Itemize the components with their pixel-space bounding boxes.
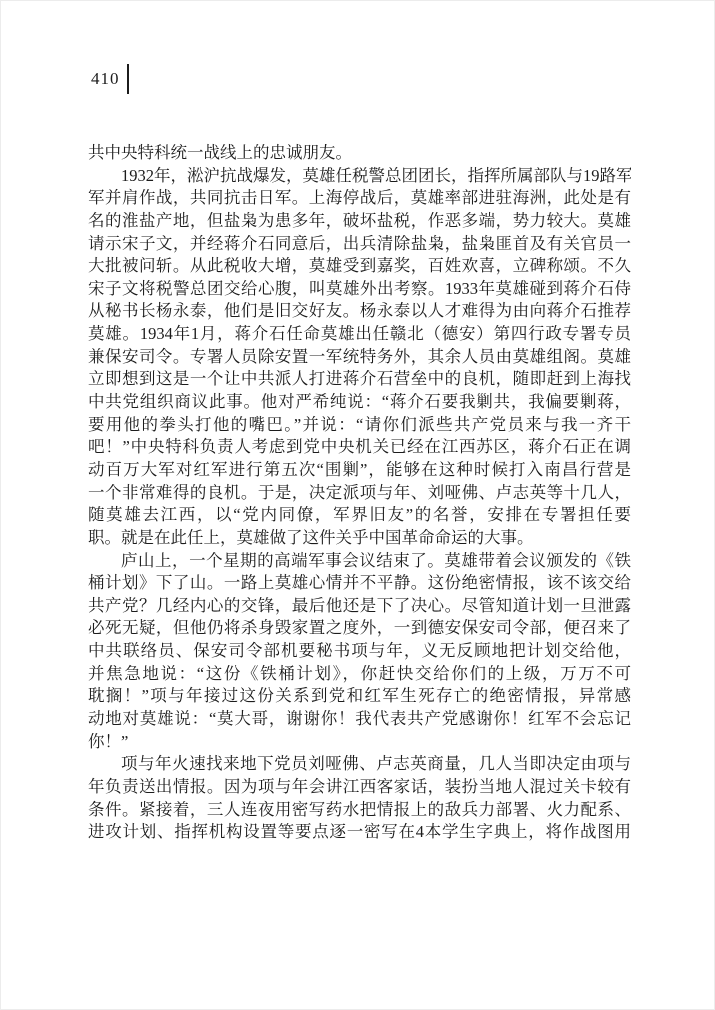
text-line: 莫雄。1934年1月，蒋介石任命莫雄出任赣北（德安）第四行政专署专员 xyxy=(88,323,631,346)
text-line: 名的淮盐产地，但盐枭为患多年，破坏盐税，作恶多端，势力较大。莫雄 xyxy=(88,210,631,233)
text-line: 立即想到这是一个让中共派人打进蒋介石营垒中的良机，随即赶到上海找 xyxy=(88,368,631,391)
book-page: 410 共中央特科统一战线上的忠诚朋友。1932年，淞沪抗战爆发，莫雄任税警总团… xyxy=(0,0,715,1010)
text-line: 条件。紧接着，三人连夜用密写药水把情报上的敌兵力部署、火力配系、 xyxy=(88,799,631,822)
text-line: 动地对莫雄说：“莫大哥，谢谢你！我代表共产党感谢你！红军不会忘记 xyxy=(88,708,631,731)
paragraph: 项与年火速找来地下党员刘哑佛、卢志英商量，几人当即决定由项与年负责送出情报。因为… xyxy=(88,753,631,844)
paragraph: 庐山上，一个星期的高端军事会议结束了。莫雄带着会议颁发的《铁桶计划》下了山。一路… xyxy=(88,550,631,754)
text-line: 并焦急地说：“这份《铁桶计划》，你赶快交给你们的上级，万万不可 xyxy=(88,663,631,686)
paragraph: 共中央特科统一战线上的忠诚朋友。 xyxy=(88,142,631,165)
text-line: 必死无疑，但他仍将杀身毁家置之度外，一到德安保安司令部，便召来了 xyxy=(88,617,631,640)
text-line: 你！” xyxy=(88,731,631,754)
text-line: 要用他的拳头打他的嘴巴。”并说：“请你们派些共产党员来与我一齐干 xyxy=(88,414,631,437)
page-number: 410 xyxy=(91,69,120,89)
text-line: 庐山上，一个星期的高端军事会议结束了。莫雄带着会议颁发的《铁 xyxy=(88,550,631,573)
text-block: 共中央特科统一战线上的忠诚朋友。1932年，淞沪抗战爆发，莫雄任税警总团团长，指… xyxy=(88,142,631,844)
text-line: 从秘书长杨永泰，他们是旧交好友。杨永泰以人才难得为由向蒋介石推荐 xyxy=(88,300,631,323)
text-line: 吧！”中央特科负责人考虑到党中央机关已经在江西苏区，蒋介石正在调 xyxy=(88,436,631,459)
text-line: 耽搁！”项与年接过这份关系到党和红军生死存亡的绝密情报，异常感 xyxy=(88,685,631,708)
text-line: 中共党组织商议此事。他对严希纯说：“蒋介石要我剿共，我偏要剿蒋， xyxy=(88,391,631,414)
text-line: 进攻计划、指挥机构设置等要点逐一密写在4本学生字典上，将作战图用 xyxy=(88,821,631,844)
text-line: 桶计划》下了山。一路上莫雄心情并不平静。这份绝密情报，该不该交给 xyxy=(88,572,631,595)
text-line: 大批被问斩。从此税收大增，莫雄受到嘉奖，百姓欢喜，立碑称颂。不久 xyxy=(88,255,631,278)
text-line: 职。就是在此任上，莫雄做了这件关乎中国革命命运的大事。 xyxy=(88,527,631,550)
text-line: 请示宋子文，并经蒋介石同意后，出兵清除盐枭，盐枭匪首及有关官员一 xyxy=(88,233,631,256)
text-line: 中共联络员、保安司令部机要秘书项与年，义无反顾地把计划交给他， xyxy=(88,640,631,663)
text-line: 共产党？几经内心的交锋，最后他还是下了决心。尽管知道计划一旦泄露 xyxy=(88,595,631,618)
text-line: 一个非常难得的良机。于是，决定派项与年、刘哑佛、卢志英等十几人， xyxy=(88,482,631,505)
text-line: 军并肩作战，共同抗击日军。上海停战后，莫雄率部进驻海洲，此处是有 xyxy=(88,187,631,210)
paragraph: 1932年，淞沪抗战爆发，莫雄任税警总团团长，指挥所属部队与19路军军并肩作战，… xyxy=(88,165,631,550)
text-line: 随莫雄去江西，以“党内同僚，军界旧友”的名誉，安排在专署担任要 xyxy=(88,504,631,527)
page-number-divider-bar xyxy=(127,64,129,94)
text-line: 1932年，淞沪抗战爆发，莫雄任税警总团团长，指挥所属部队与19路军 xyxy=(88,165,631,188)
text-line: 项与年火速找来地下党员刘哑佛、卢志英商量，几人当即决定由项与 xyxy=(88,753,631,776)
text-line: 年负责送出情报。因为项与年会讲江西客家话，装扮当地人混过关卡较有 xyxy=(88,776,631,799)
text-line: 宋子文将税警总团交给心腹，叫莫雄外出考察。1933年莫雄碰到蒋介石侍 xyxy=(88,278,631,301)
text-line: 共中央特科统一战线上的忠诚朋友。 xyxy=(88,142,631,165)
text-line: 动百万大军对红军进行第五次“围剿”，能够在这种时候打入南昌行营是 xyxy=(88,459,631,482)
text-line: 兼保安司令。专署人员除安置一军统特务外，其余人员由莫雄组阁。莫雄 xyxy=(88,346,631,369)
